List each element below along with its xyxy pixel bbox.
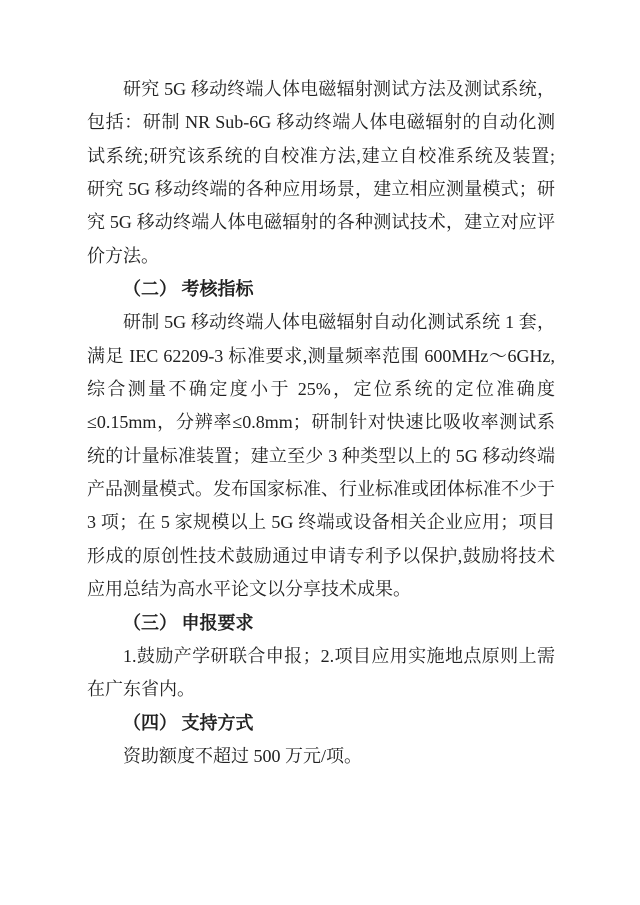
document-lines: 研究 5G 移动终端人体电磁辐射测试方法及测试系统，包括：研制 NR Sub-6… — [87, 73, 555, 773]
section-heading: （四） 支持方式 — [87, 707, 555, 740]
text-line: 形成的原创性技术鼓励通过申请专利予以保护,鼓励将技术 — [87, 540, 555, 573]
text-line: 研究 5G 移动终端的各种应用场景，建立相应测量模式；研 — [87, 173, 555, 206]
section-heading: （二） 考核指标 — [87, 273, 555, 306]
document-page: 研究 5G 移动终端人体电磁辐射测试方法及测试系统，包括：研制 NR Sub-6… — [0, 0, 640, 905]
text-line: 1.鼓励产学研联合申报；2.项目应用实施地点原则上需 — [87, 640, 555, 673]
section-heading: （三） 申报要求 — [87, 607, 555, 640]
text-line: 价方法。 — [87, 240, 555, 273]
text-line: 应用总结为高水平论文以分享技术成果。 — [87, 573, 555, 606]
text-line: 研究 5G 移动终端人体电磁辐射测试方法及测试系统， — [87, 73, 555, 106]
text-line: 产品测量模式。发布国家标准、行业标准或团体标准不少于 — [87, 473, 555, 506]
text-line: 3 项；在 5 家规模以上 5G 终端或设备相关企业应用；项目 — [87, 506, 555, 539]
text-line: 包括：研制 NR Sub-6G 移动终端人体电磁辐射的自动化测 — [87, 106, 555, 139]
text-line: 综合测量不确定度小于 25%，定位系统的定位准确度 — [87, 373, 555, 406]
text-line: ≤0.15mm，分辨率≤0.8mm；研制针对快速比吸收率测试系 — [87, 406, 555, 439]
text-line: 研制 5G 移动终端人体电磁辐射自动化测试系统 1 套， — [87, 306, 555, 339]
text-line: 试系统;研究该系统的自校准方法,建立自校准系统及装置; — [87, 140, 555, 173]
text-line: 在广东省内。 — [87, 673, 555, 706]
text-line: 资助额度不超过 500 万元/项。 — [87, 740, 555, 773]
text-line: 究 5G 移动终端人体电磁辐射的各种测试技术，建立对应评 — [87, 206, 555, 239]
text-line: 满足 IEC 62209-3 标准要求,测量频率范围 600MHz～6GHz, — [87, 340, 555, 373]
text-line: 统的计量标准装置；建立至少 3 种类型以上的 5G 移动终端 — [87, 440, 555, 473]
